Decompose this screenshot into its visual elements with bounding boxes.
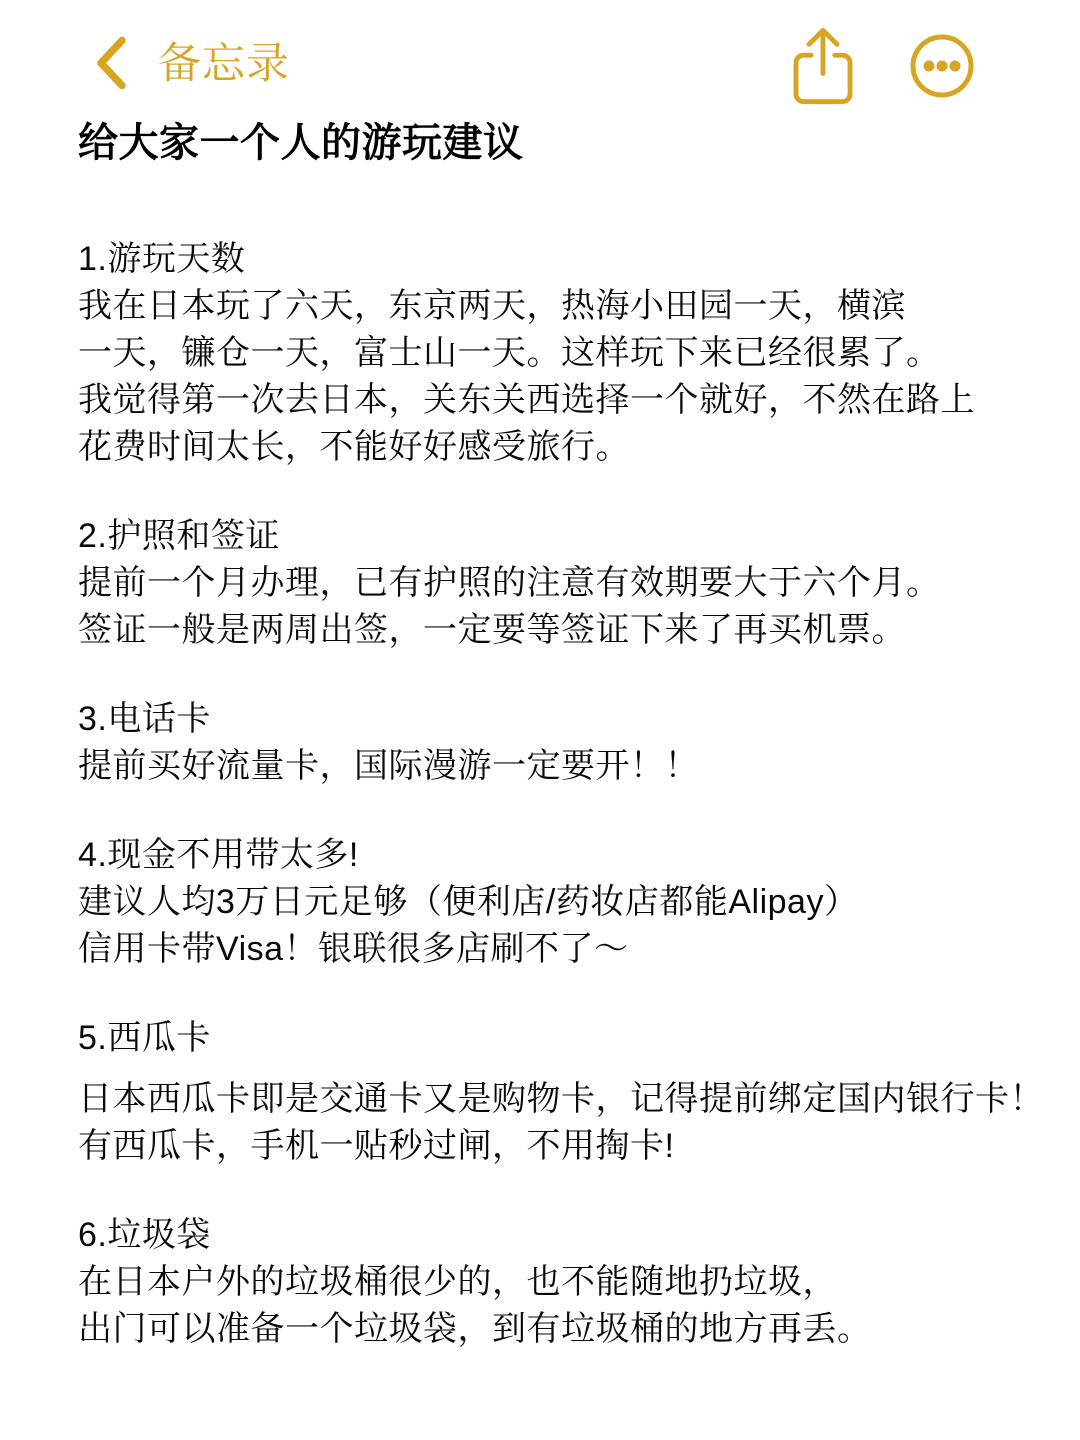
section-heading: 6.垃圾袋 — [78, 1212, 1060, 1259]
section-play-days: 1.游玩天数 我在日本玩了六天，东京两天，热海小田园一天，横滨 一天，镰仓一天，… — [78, 236, 1060, 471]
section-heading: 3.电话卡 — [78, 696, 1060, 743]
share-button[interactable] — [790, 26, 856, 109]
section-passport-visa: 2.护照和签证 提前一个月办理，已有护照的注意有效期要大于六个月。 签证一般是两… — [78, 513, 1060, 654]
note-line: 有西瓜卡，手机一贴秒过闸，不用掏卡! — [78, 1123, 1060, 1170]
back-button[interactable]: 备忘录 — [92, 36, 290, 93]
section-trash-bag: 6.垃圾袋 在日本户外的垃圾桶很少的，也不能随地扔垃圾， 出门可以准备一个垃圾袋… — [78, 1212, 1060, 1353]
back-button-label: 备忘录 — [158, 43, 290, 86]
note-line: 花费时间太长，不能好好感受旅行。 — [78, 424, 1060, 471]
note-title: 给大家一个人的游玩建议 — [78, 112, 1060, 164]
note-line: 提前买好流量卡，国际漫游一定要开！！ — [78, 743, 1060, 790]
note-editor[interactable]: 给大家一个人的游玩建议 1.游玩天数 我在日本玩了六天，东京两天，热海小田园一天… — [0, 112, 1080, 1353]
note-text: 1.游玩天数 我在日本玩了六天，东京两天，热海小田园一天，横滨 一天，镰仓一天，… — [78, 236, 1060, 1353]
note-line: 我在日本玩了六天，东京两天，热海小田园一天，横滨 — [78, 283, 1060, 330]
note-line: 建议人均3万日元足够（便利店/药妆店都能Alipay） — [78, 879, 1060, 926]
note-line: 在日本户外的垃圾桶很少的，也不能随地扔垃圾， — [78, 1259, 1060, 1306]
more-options-button[interactable] — [908, 32, 976, 103]
ellipsis-circle-icon — [908, 88, 976, 103]
section-heading: 1.游玩天数 — [78, 236, 1060, 283]
section-cash: 4.现金不用带太多! 建议人均3万日元足够（便利店/药妆店都能Alipay） 信… — [78, 832, 1060, 973]
section-heading: 4.现金不用带太多! — [78, 832, 1060, 879]
nav-actions — [790, 26, 976, 109]
note-line: 一天，镰仓一天，富士山一天。这样玩下来已经很累了。 — [78, 330, 1060, 377]
note-line: 我觉得第一次去日本，关东关西选择一个就好，不然在路上 — [78, 377, 1060, 424]
note-line: 出门可以准备一个垃圾袋，到有垃圾桶的地方再丢。 — [78, 1306, 1060, 1353]
section-heading: 5.西瓜卡 — [78, 1015, 1060, 1062]
nav-bar: 备忘录 — [0, 0, 1080, 112]
note-line: 签证一般是两周出签，一定要等签证下来了再买机票。 — [78, 607, 1060, 654]
section-heading: 2.护照和签证 — [78, 513, 1060, 560]
section-sim-card: 3.电话卡 提前买好流量卡，国际漫游一定要开！！ — [78, 696, 1060, 790]
note-line: 日本西瓜卡即是交通卡又是购物卡，记得提前绑定国内银行卡！ — [78, 1076, 1060, 1123]
section-suica-card: 5.西瓜卡 日本西瓜卡即是交通卡又是购物卡，记得提前绑定国内银行卡！ 有西瓜卡，… — [78, 1015, 1060, 1170]
share-icon — [790, 94, 856, 109]
back-chevron-icon — [92, 36, 128, 93]
notes-app-window: 备忘录 — [0, 0, 1080, 1440]
note-line: 信用卡带Visa！银联很多店刷不了～ — [78, 926, 1060, 973]
note-line: 提前一个月办理，已有护照的注意有效期要大于六个月。 — [78, 560, 1060, 607]
